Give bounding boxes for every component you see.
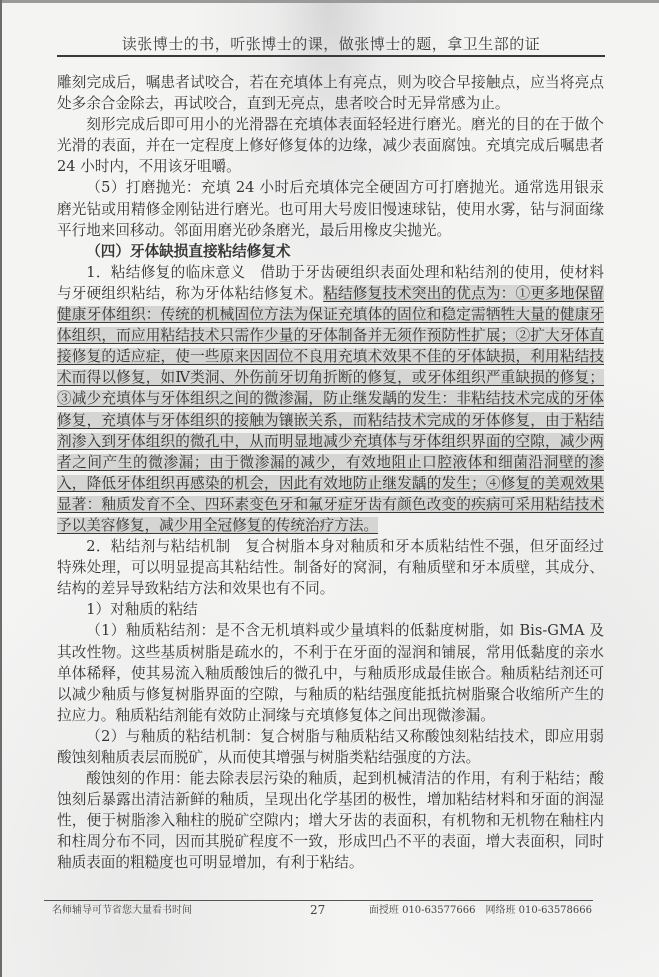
footer-contact: 面授班 010-63577666 网络班 010-63578666 <box>369 903 592 919</box>
page-number: 27 <box>310 902 325 918</box>
paragraph-clinical-significance: 1．粘结修复的临床意义 借助于牙齿硬组织表面处理和粘结剂的使用，使材料与牙硬组织… <box>57 262 604 536</box>
paragraph-polishing: （5）打磨抛光：充填 24 小时后充填体完全硬固方可打磨抛光。通常选用银汞磨光钻… <box>57 177 604 240</box>
running-head: 读张博士的书，听张博士的课，做张博士的题，拿卫生部的证 <box>57 34 605 54</box>
paragraph-bonding-mechanism: 2．粘结剂与粘结机制 复合树脂本身对釉质和牙本质粘结性不强，但牙面经过特殊处理，… <box>57 536 604 599</box>
paragraph-enamel-adhesive: （1）釉质粘结剂：是不含无机填料或少量填料的低黏度树脂，如 Bis-GMA 及其… <box>57 620 604 725</box>
footer-rule <box>44 900 593 901</box>
section-heading: （四）牙体缺损直接粘结修复术 <box>57 241 604 262</box>
header-rule <box>57 55 605 57</box>
paragraph-enamel-bonding-mechanism: （2）与釉质的粘结机制：复合树脂与釉质粘结又称酸蚀刻粘结技术，即应用弱酸蚀刻釉质… <box>57 726 604 768</box>
body-text: 雕刻完成后，嘱患者试咬合，若在充填体上有亮点，则为咬合早接触点，应当将亮点处多余… <box>57 72 604 874</box>
paragraph-burnishing: 刻形完成后即可用小的光滑器在充填体表面轻轻进行磨光。磨光的目的在于做个光滑的表面… <box>57 114 604 177</box>
scan-top-edge <box>0 0 659 3</box>
footer-slogan: 名师辅导可节省您大量看书时间 <box>52 903 192 919</box>
footer: 名师辅导可节省您大量看书时间 27 面授班 010-63577666 网络班 0… <box>52 903 592 919</box>
paragraph-occlusion-check: 雕刻完成后，嘱患者试咬合，若在充填体上有亮点，则为咬合早接触点，应当将亮点处多余… <box>57 72 604 114</box>
scan-left-edge <box>0 0 2 977</box>
highlighted-advantages: 粘结修复技术突出的优点为：①更多地保留健康牙体组织：传统的机械固位方法为保证充填… <box>57 285 604 534</box>
paragraph-acid-etching: 酸蚀刻的作用：能去除表层污染的釉质，起到机械清洁的作用，有利于粘结；酸蚀刻后暴露… <box>57 768 604 873</box>
subheading-enamel-bonding: 1）对釉质的粘结 <box>57 599 604 620</box>
scanned-page: 读张博士的书，听张博士的课，做张博士的题，拿卫生部的证 雕刻完成后，嘱患者试咬合… <box>0 0 659 977</box>
